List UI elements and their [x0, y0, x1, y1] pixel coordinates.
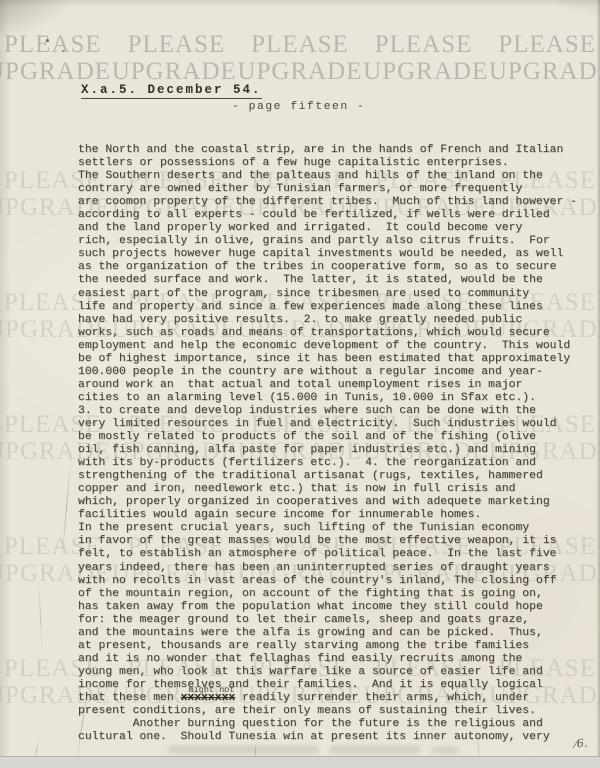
corrected-text: might notxxxxxxxx [181, 692, 236, 705]
typed-line: and the mountains were the alfa is growi… [78, 627, 577, 640]
typed-line: in favor of the great masses would be th… [78, 535, 577, 548]
typed-line: are coomon property of the different tri… [78, 196, 577, 209]
ink-bleed-smudge [168, 746, 318, 753]
scanned-document: PLEASEPLEASEPLEASEPLEASEPLEASEUPGRADEUPG… [0, 0, 600, 768]
watermark-word: PLEASE [251, 31, 349, 59]
document-reference: X.a.5. December 54. [81, 83, 262, 99]
watermark-row: PLEASEPLEASEPLEASEPLEASEPLEASE [4, 31, 596, 59]
typed-line: present conditions, are their only means… [78, 705, 577, 718]
watermark-word: PLEASE [498, 31, 596, 59]
typed-line: the North and the coastal strip, are in … [78, 144, 577, 157]
typed-line: for: the meager ground to let their came… [78, 614, 577, 627]
ink-bleed-smudge [432, 747, 458, 753]
typed-line: such projects however huge capital inves… [78, 248, 577, 261]
typed-line: strengthening of the traditional artisan… [78, 470, 577, 483]
watermark-word: UPGRADE [237, 58, 362, 86]
typed-line: works, such as roads and means of transp… [78, 327, 577, 340]
paper-speck [46, 39, 49, 42]
scanner-background [0, 756, 600, 768]
typed-line: be of highest importance, since it has b… [78, 353, 577, 366]
typed-line: contrary are owned either by Tunisian fa… [78, 183, 577, 196]
typed-line: and it is no wonder that fellaghas find … [78, 653, 577, 666]
typed-line: cultural one. Should Tunesia win at pres… [78, 731, 577, 744]
typed-line: around work an that actual and total une… [78, 379, 577, 392]
typed-line: young men, who look at this warfare like… [78, 666, 577, 679]
typed-line: facilities would again secure income for… [78, 509, 577, 522]
watermark-word: PLEASE [128, 31, 226, 59]
typed-line: In the present crucial years, such lifti… [78, 522, 577, 535]
watermark-row: UPGRADEUPGRADEUPGRADEUPGRADEUPGRADE [0, 58, 600, 86]
page-number-label: - page fifteen - [232, 101, 365, 113]
typed-line: 100.000 people in the country are withou… [78, 366, 577, 379]
typed-line: has taken away from the population what … [78, 601, 577, 614]
typed-line: copper and iron, needlework etc.) that i… [78, 483, 577, 496]
typed-lines: the North and the coastal strip, are in … [78, 144, 577, 744]
typed-line: which, properly organized in cooperative… [78, 496, 577, 509]
typed-line: Another burning question for the future … [78, 718, 577, 731]
typed-line: cities to an alarming level (15.000 in T… [78, 392, 577, 405]
typed-line: easiest part of the program, since tribe… [78, 288, 577, 301]
typed-line: life and property and since a few experi… [78, 301, 577, 314]
typed-line: years indeed, there has been an uninterr… [78, 562, 577, 575]
watermark-word: UPGRADE [112, 58, 237, 86]
typed-line: with no recolts in vast areas of the cou… [78, 575, 577, 588]
watermark-word: PLEASE [4, 31, 102, 59]
ink-bleed-smudge [330, 746, 420, 753]
typed-insertion: might not [189, 684, 235, 697]
watermark-word: UPGRADE [489, 58, 600, 86]
typed-line: income for themselves and their families… [78, 679, 577, 692]
typed-line: settlers or possessions of a few huge ca… [78, 157, 577, 170]
typed-line: employment and help the economic develop… [78, 340, 577, 353]
typed-line: that these men might notxxxxxxxx readily… [78, 692, 577, 705]
typed-line: very limited resources in fuel and elect… [78, 418, 577, 431]
watermark-word: UPGRADE [0, 58, 111, 86]
handwritten-page-mark: ⁄6. [574, 736, 588, 750]
paper-speck [62, 50, 64, 52]
document-page: PLEASEPLEASEPLEASEPLEASEPLEASEUPGRADEUPG… [0, 0, 600, 757]
typed-line: according to all experts - could be fert… [78, 209, 577, 222]
typed-line: have had very positive results. 2. to ma… [78, 314, 577, 327]
typed-line: with its by-products (fertilizers etc.).… [78, 457, 577, 470]
typed-line: felt, to establish an atmosphere of poli… [78, 548, 577, 561]
typed-line: as the organization of the tribes in coo… [78, 261, 577, 274]
typed-line: and the land properly worked and irrigat… [78, 222, 577, 235]
typed-line: the needed surface and work. The latter,… [78, 274, 577, 287]
typed-line: be mostly related to products of the soi… [78, 431, 577, 444]
typed-line: rich, especially in olive, grains and pa… [78, 235, 577, 248]
typed-line: oil, fish canning, alfa paste for paper … [78, 444, 577, 457]
watermark-word: PLEASE [375, 31, 473, 59]
typed-line: at present, thousands are really starvin… [78, 640, 577, 653]
typed-line: The Southern deserts and the palteaus an… [78, 170, 577, 183]
watermark-word: UPGRADE [363, 58, 488, 86]
typed-line: of the mountain region, on account of th… [78, 588, 577, 601]
typed-line: 3. to create and develop industries wher… [78, 405, 577, 418]
